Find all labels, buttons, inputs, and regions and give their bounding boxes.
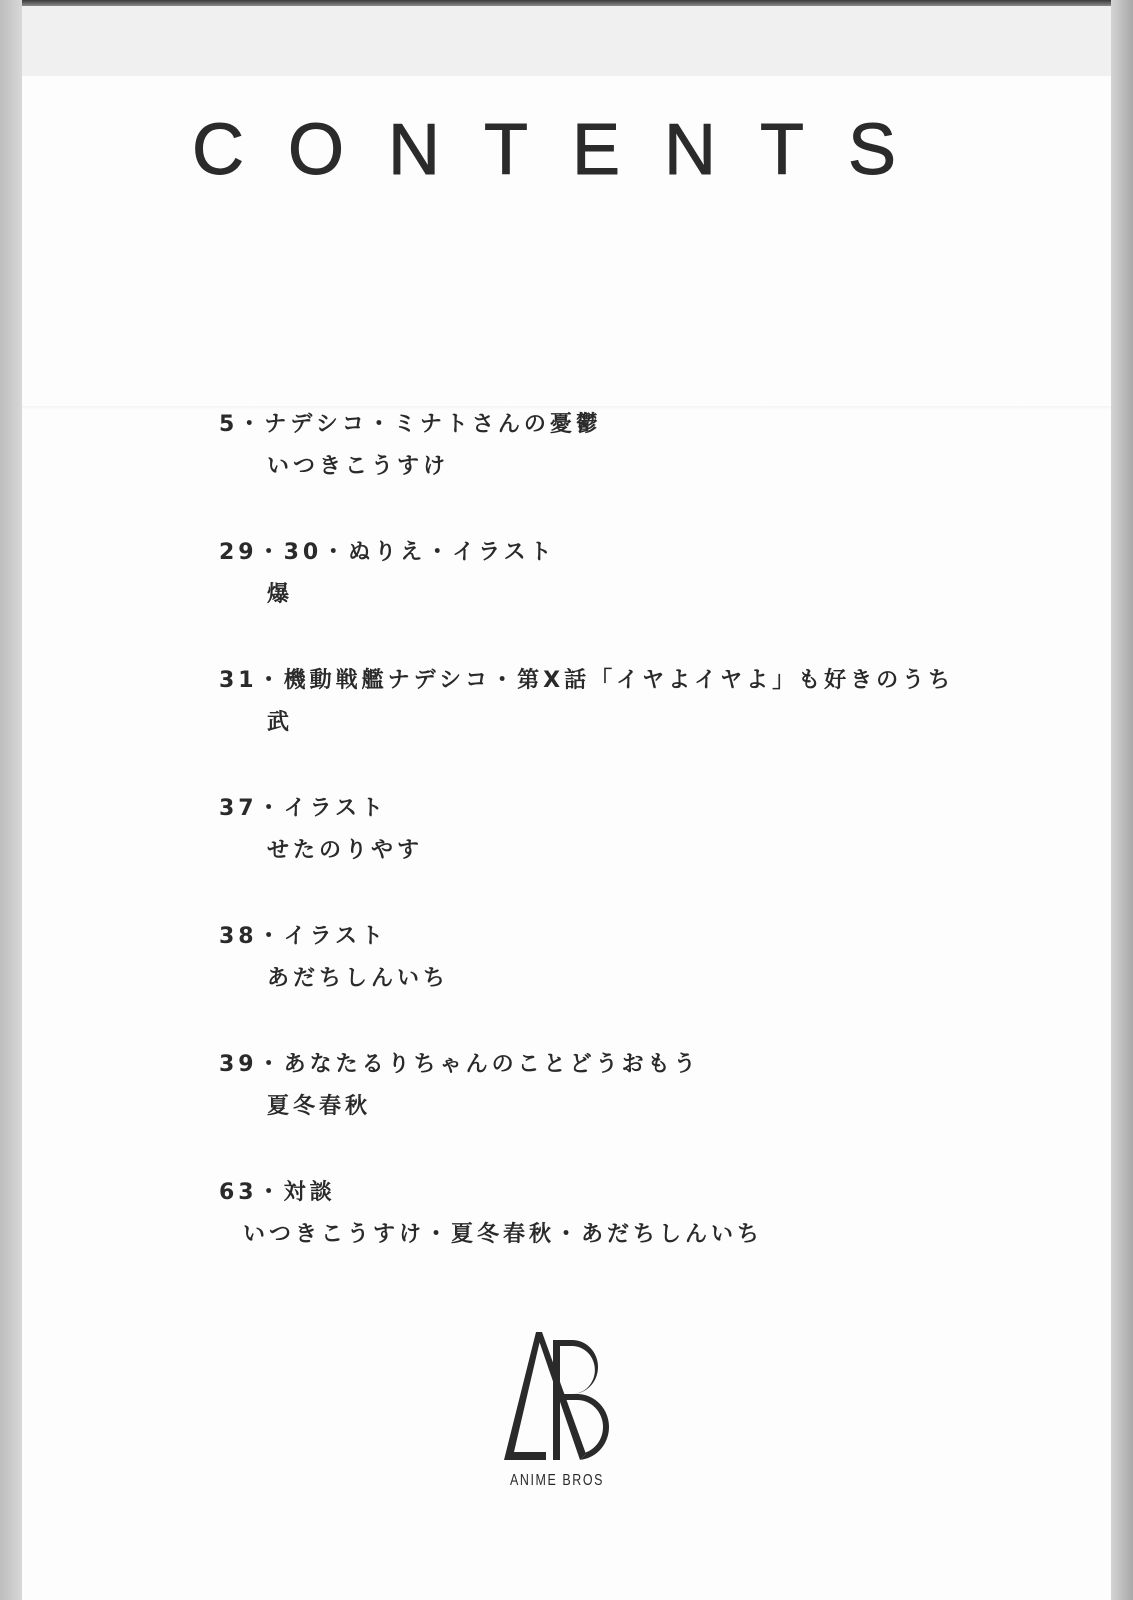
toc-entry-title: 37・イラスト (219, 792, 387, 826)
toc-entry-author: あだちしんいち (267, 962, 449, 996)
toc-entry: 37・イラスト せたのりやす (219, 792, 1019, 920)
logo-text: ANIME BROS (506, 1472, 607, 1490)
scan-left-edge (0, 0, 22, 1600)
toc-entry-author: いつきこうすけ・夏冬春秋・あだちしんいち (243, 1218, 763, 1252)
toc-entry-title: 5・ナデシコ・ミナトさんの憂鬱 (219, 408, 602, 442)
toc-entry-title: 38・イラスト (219, 920, 387, 954)
toc-entry-title: 63・対談 (219, 1176, 336, 1210)
ab-monogram-icon (492, 1326, 622, 1466)
toc-entry-author: 夏冬春秋 (267, 1090, 371, 1124)
page-fold-band (22, 6, 1111, 76)
toc-entry-title: 29・30・ぬりえ・イラスト (219, 536, 556, 570)
scan-right-edge (1111, 0, 1133, 1600)
toc-entry-author: せたのりやす (267, 834, 423, 868)
toc-entry-author: 爆 (267, 578, 293, 612)
toc-entry: 31・機動戦艦ナデシコ・第X話「イヤよイヤよ」も好きのうち 武 (219, 664, 1019, 792)
document-page: CONTENTS 5・ナデシコ・ミナトさんの憂鬱 いつきこうすけ 29・30・ぬ… (22, 6, 1111, 1600)
toc-entry-author: いつきこうすけ (267, 450, 449, 484)
toc-entry-title: 31・機動戦艦ナデシコ・第X話「イヤよイヤよ」も好きのうち (219, 664, 954, 698)
toc-entry-title: 39・あなたるりちゃんのことどうおもう (219, 1048, 700, 1082)
toc-entry: 5・ナデシコ・ミナトさんの憂鬱 いつきこうすけ (219, 408, 1019, 536)
table-of-contents: 5・ナデシコ・ミナトさんの憂鬱 いつきこうすけ 29・30・ぬりえ・イラスト 爆… (219, 408, 1019, 1304)
toc-entry: 63・対談 いつきこうすけ・夏冬春秋・あだちしんいち (219, 1176, 1019, 1304)
toc-entry-author: 武 (267, 706, 293, 740)
toc-entry: 29・30・ぬりえ・イラスト 爆 (219, 536, 1019, 664)
anime-bros-logo: ANIME BROS (492, 1326, 622, 1501)
toc-entry: 38・イラスト あだちしんいち (219, 920, 1019, 1048)
toc-entry: 39・あなたるりちゃんのことどうおもう 夏冬春秋 (219, 1048, 1019, 1176)
page-title: CONTENTS (192, 114, 922, 186)
